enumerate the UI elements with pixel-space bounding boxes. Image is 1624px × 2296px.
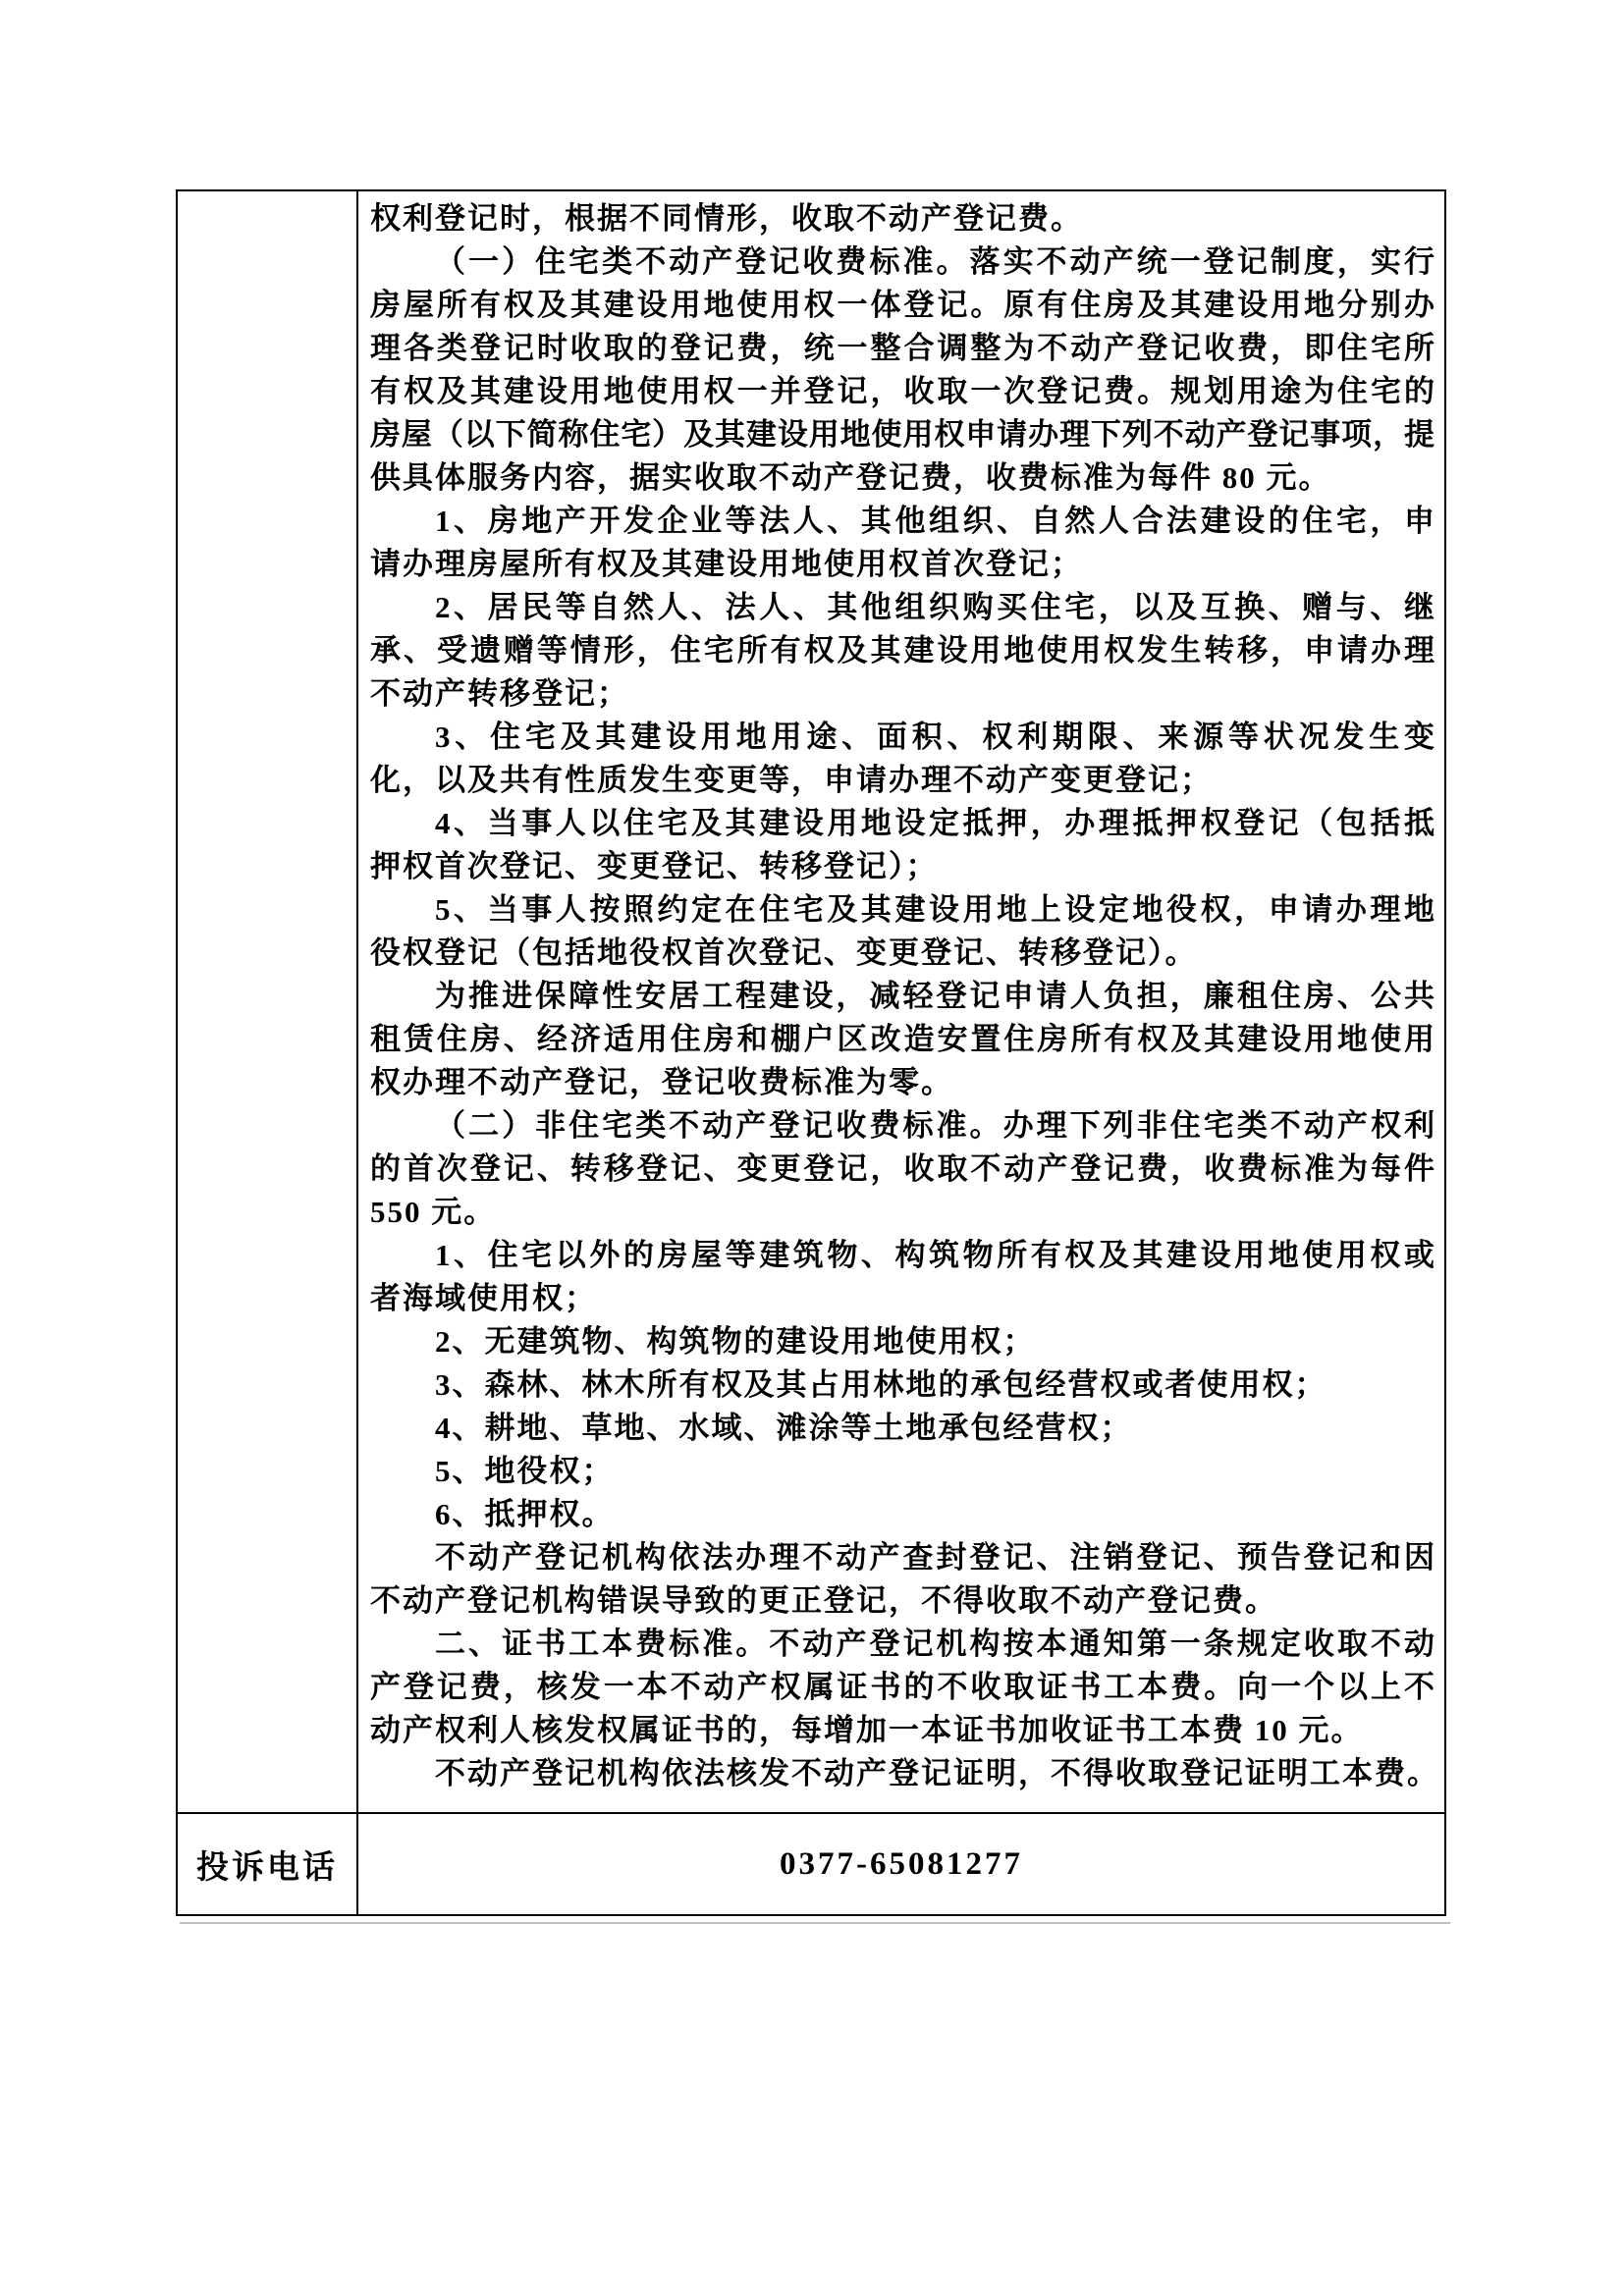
fee-standard-row: 权利登记时，根据不同情形，收取不动产登记费。（一）住宅类不动产登记收费标准。落实…: [178, 191, 1444, 1814]
text-line: 1、房地产开发企业等法人、其他组织、自然人合法建设的住宅，申: [370, 500, 1435, 543]
text-line: 产登记费，核发一本不动产权属证书的不收取证书工本费。向一个以上不: [370, 1666, 1435, 1709]
text-line: 有权及其建设用地使用权一并登记，收取一次登记费。规划用途为住宅的: [370, 370, 1435, 413]
text-line: 租赁住房、经济适用住房和棚户区改造安置住房所有权及其建设用地使用: [370, 1018, 1435, 1061]
text-line: 房屋（以下简称住宅）及其建设用地使用权申请办理下列不动产登记事项，提: [370, 413, 1435, 456]
text-line: 权利登记时，根据不同情形，收取不动产登记费。: [370, 197, 1435, 240]
fee-standard-cell: 权利登记时，根据不同情形，收取不动产登记费。（一）住宅类不动产登记收费标准。落实…: [358, 191, 1444, 1812]
text-line: 不动产登记机构依法核发不动产登记证明，不得收取登记证明工本费。: [370, 1752, 1435, 1795]
fee-standard-content: 权利登记时，根据不同情形，收取不动产登记费。（一）住宅类不动产登记收费标准。落实…: [358, 191, 1444, 1812]
text-line: 为推进保障性安居工程建设，减轻登记申请人负担，廉租住房、公共: [370, 975, 1435, 1018]
complaint-phone-label: 投诉电话: [196, 1842, 338, 1888]
complaint-phone-value: 0377-65081277: [780, 1846, 1023, 1883]
text-line: 6、抵押权。: [370, 1493, 1435, 1536]
complaint-phone-row: 投诉电话 0377-65081277: [178, 1814, 1444, 1914]
text-line: 5、当事人按照约定在住宅及其建设用地上设定地役权，申请办理地: [370, 888, 1435, 932]
text-line: 不动产登记机构错误导致的更正登记，不得收取不动产登记费。: [370, 1579, 1435, 1623]
text-line: 2、居民等自然人、法人、其他组织购买住宅，以及互换、赠与、继: [370, 586, 1435, 629]
text-line: 请办理房屋所有权及其建设用地使用权首次登记；: [370, 543, 1435, 586]
text-line: 者海域使用权；: [370, 1277, 1435, 1320]
text-line: 理各类登记时收取的登记费，统一整合调整为不动产登记收费，即住宅所: [370, 327, 1435, 370]
text-line: 550 元。: [370, 1191, 1435, 1234]
text-line: 的首次登记、转移登记、变更登记，收取不动产登记费，收费标准为每件: [370, 1148, 1435, 1191]
text-line: 承、受遗赠等情形，住宅所有权及其建设用地使用权发生转移，申请办理: [370, 629, 1435, 672]
text-line: 3、住宅及其建设用地用途、面积、权利期限、来源等状况发生变: [370, 716, 1435, 759]
text-line: （二）非住宅类不动产登记收费标准。办理下列非住宅类不动产权利: [370, 1104, 1435, 1148]
text-line: 不动产转移登记；: [370, 672, 1435, 716]
text-line: （一）住宅类不动产登记收费标准。落实不动产统一登记制度，实行: [370, 240, 1435, 284]
text-line: 2、无建筑物、构筑物的建设用地使用权；: [370, 1320, 1435, 1363]
complaint-phone-value-cell: 0377-65081277: [358, 1814, 1444, 1914]
text-line: 5、地役权；: [370, 1450, 1435, 1493]
complaint-phone-label-cell: 投诉电话: [178, 1814, 358, 1914]
text-line: 房屋所有权及其建设用地使用权一体登记。原有住房及其建设用地分别办: [370, 284, 1435, 327]
text-line: 二、证书工本费标准。不动产登记机构按本通知第一条规定收取不动: [370, 1623, 1435, 1666]
scan-shadow-line: [180, 1922, 1450, 1924]
text-line: 不动产登记机构依法办理不动产查封登记、注销登记、预告登记和因: [370, 1536, 1435, 1579]
empty-label-cell: [178, 191, 358, 1812]
text-line: 权办理不动产登记，登记收费标准为零。: [370, 1061, 1435, 1104]
text-line: 押权首次登记、变更登记、转移登记）；: [370, 845, 1435, 888]
text-line: 役权登记（包括地役权首次登记、变更登记、转移登记）。: [370, 932, 1435, 975]
text-line: 1、住宅以外的房屋等建筑物、构筑物所有权及其建设用地使用权或: [370, 1234, 1435, 1277]
text-line: 供具体服务内容，据实收取不动产登记费，收费标准为每件 80 元。: [370, 456, 1435, 500]
text-line: 动产权利人核发权属证书的，每增加一本证书加收证书工本费 10 元。: [370, 1709, 1435, 1752]
text-line: 4、当事人以住宅及其建设用地设定抵押，办理抵押权登记（包括抵: [370, 802, 1435, 845]
text-line: 4、耕地、草地、水域、滩涂等土地承包经营权；: [370, 1407, 1435, 1450]
fee-schedule-table: 权利登记时，根据不同情形，收取不动产登记费。（一）住宅类不动产登记收费标准。落实…: [176, 189, 1446, 1916]
text-line: 3、森林、林木所有权及其占用林地的承包经营权或者使用权；: [370, 1363, 1435, 1407]
text-line: 化，以及共有性质发生变更等，申请办理不动产变更登记；: [370, 759, 1435, 802]
document-page: 权利登记时，根据不同情形，收取不动产登记费。（一）住宅类不动产登记收费标准。落实…: [0, 0, 1624, 2296]
